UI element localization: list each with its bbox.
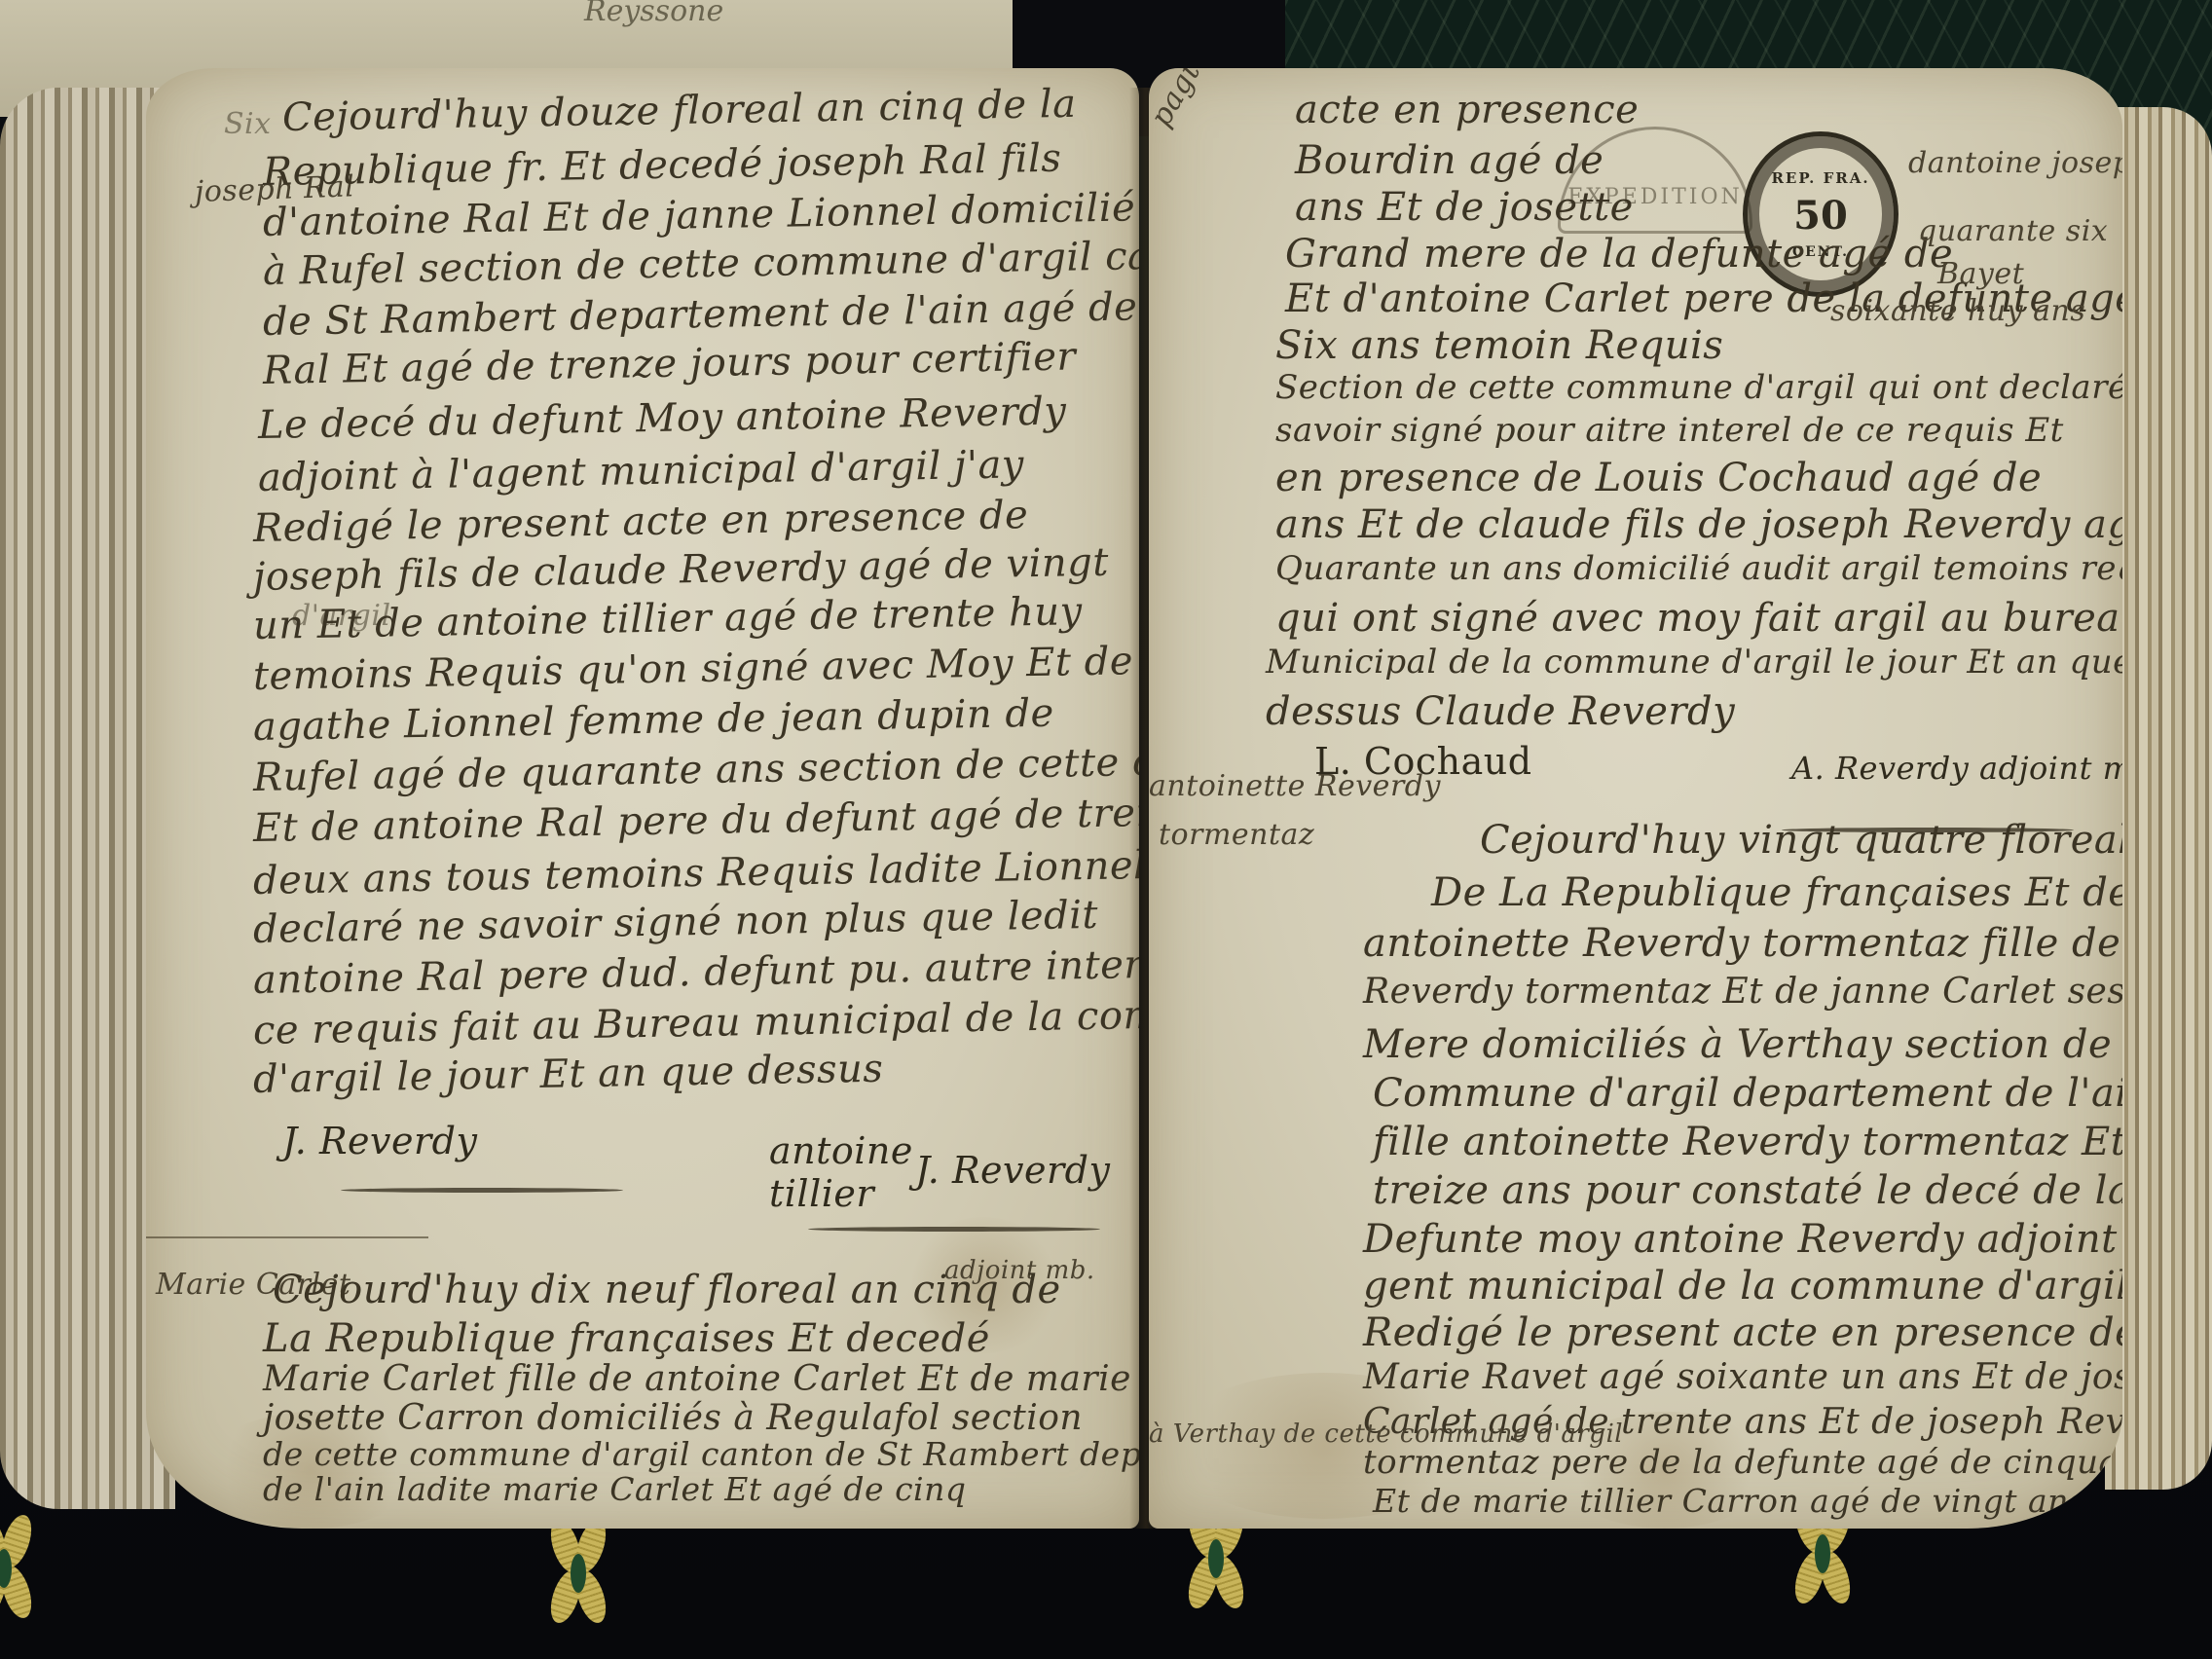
text-line: gent municipal de la commune d'argil j'a… bbox=[1363, 1264, 2122, 1309]
entry-divider bbox=[146, 1236, 428, 1238]
underlying-sheet-text: Reyssone bbox=[584, 0, 723, 28]
text-line: josette Carron domiciliés à Regulafol se… bbox=[263, 1398, 1083, 1438]
text-line: De La Republique françaises Et decedé bbox=[1431, 870, 2122, 915]
text-line: agathe Lionnel femme de jean dupin de bbox=[253, 691, 1054, 750]
text-fragment: soixante huy ans bbox=[1830, 294, 2085, 328]
margin-note: Six bbox=[224, 107, 272, 141]
text-line: ans Et de claude fils de joseph Reverdy … bbox=[1275, 502, 2122, 547]
text-fragment: dantoine joseph bbox=[1908, 146, 2122, 180]
text-line: Six ans temoin Requis bbox=[1275, 323, 1723, 368]
signature-flourish bbox=[341, 1188, 623, 1193]
text-line: tormentaz pere de la defunte agé de cinq… bbox=[1363, 1443, 2122, 1482]
text-line: Et de antoine Ral pere du defunt agé de … bbox=[253, 790, 1139, 851]
text-fragment: Bayet bbox=[1937, 257, 2024, 291]
text-line: Redigé le present acte en presence de bbox=[253, 493, 1029, 551]
text-line: Rufel agé de quarante ans section de cet… bbox=[253, 740, 1139, 800]
text-line: savoir signé pour aitre interel de ce re… bbox=[1275, 411, 2064, 450]
stamp-republic-text: REP. FRA. bbox=[1771, 169, 1869, 187]
text-line: d'argil le jour Et an que dessus bbox=[253, 1047, 884, 1102]
text-line: Republique fr. Et decedé joseph Ral fils bbox=[263, 136, 1062, 195]
text-line: ans Et de josette bbox=[1295, 185, 1634, 230]
margin-note: antoinette Reverdy bbox=[1149, 769, 1441, 803]
text-line: La Republique françaises Et decedé bbox=[263, 1316, 990, 1361]
text-line: Cejourd'huy vingt quatre floreal an cinq bbox=[1480, 818, 2122, 863]
text-line: Mere domiciliés à Verthay section de cet… bbox=[1363, 1022, 2122, 1067]
signature: J. Reverdy bbox=[282, 1120, 477, 1162]
text-line: Defunte moy antoine Reverdy adjoint à l'… bbox=[1363, 1217, 2122, 1262]
text-line: Grand mere de la defunte agé de bbox=[1285, 232, 1953, 276]
text-line: Commune d'argil departement de l'ain lad… bbox=[1373, 1071, 2122, 1116]
text-line: Bourdin agé de bbox=[1295, 138, 1604, 183]
text-line: Redigé le present acte en presence de bbox=[1363, 1310, 2122, 1355]
text-line: antoine Ral pere dud. defunt pu. autre i… bbox=[253, 940, 1139, 1003]
text-line: fille antoinette Reverdy tormentaz Et ag… bbox=[1373, 1120, 2122, 1164]
text-line: Reverdy tormentaz Et de janne Carlet ses… bbox=[1363, 972, 2122, 1012]
signature: A. Reverdy adjoint mb. bbox=[1791, 750, 2122, 787]
text-line: antoinette Reverdy tormentaz fille de jo… bbox=[1363, 921, 2122, 966]
signature-flourish bbox=[808, 1227, 1100, 1232]
text-line: Marie Ravet agé soixante un ans Et de jo… bbox=[1363, 1357, 2122, 1397]
text-line: en presence de Louis Cochaud agé de bbox=[1275, 456, 2042, 500]
text-line: Cejourd'huy dix neuf floreal an cinq de bbox=[273, 1268, 1061, 1312]
text-line: adjoint à l'agent municipal d'argil j'ay bbox=[258, 442, 1025, 500]
text-line: Section de cette commune d'argil qui ont… bbox=[1275, 368, 2122, 407]
text-line: declaré ne savoir signé non plus que led… bbox=[253, 893, 1099, 952]
text-line: Municipal de la commune d'argil le jour … bbox=[1266, 643, 2122, 682]
text-line: qui ont signé avec moy fait argil au bur… bbox=[1275, 596, 2122, 641]
right-page: EXPEDITION REP. FRA. 50 CENT. pagta acte… bbox=[1149, 68, 2122, 1529]
left-page: Six joseph Ral d'argil Cejourd'huy douze… bbox=[146, 68, 1139, 1529]
text-line: Et de marie tillier Carron agé de vingt … bbox=[1373, 1482, 2122, 1520]
text-line: Marie Carlet fille de antoine Carlet Et … bbox=[263, 1359, 1131, 1399]
text-line: temoins Requis qu'on signé avec Moy Et d… bbox=[253, 639, 1134, 699]
signature: antoine tillier bbox=[769, 1129, 905, 1215]
text-fragment: quarante six bbox=[1918, 214, 2108, 248]
margin-note: à Verthay de cette commune d'argil bbox=[1149, 1419, 1623, 1449]
text-line: Quarante un ans domicilié audit argil te… bbox=[1275, 549, 2122, 588]
text-line: dessus Claude Reverdy bbox=[1266, 689, 1735, 734]
signature: J. Reverdy bbox=[915, 1149, 1110, 1192]
text-line: treize ans pour constaté le decé de ladi… bbox=[1373, 1168, 2122, 1213]
text-line: Cejourd'huy douze floreal an cinq de la bbox=[282, 82, 1077, 140]
open-register-book: Six joseph Ral d'argil Cejourd'huy douze… bbox=[0, 49, 2212, 1567]
margin-note: tormentaz bbox=[1159, 818, 1314, 852]
margin-note: pagta bbox=[1149, 68, 1217, 132]
text-line: de l'ain ladite marie Carlet Et agé de c… bbox=[263, 1470, 967, 1508]
text-line: Ral Et agé de trenze jours pour certifie… bbox=[263, 334, 1077, 393]
text-line: de cette commune d'argil canton de St Ra… bbox=[263, 1435, 1139, 1473]
text-line: acte en presence bbox=[1295, 88, 1639, 132]
text-line: Le decé du defunt Moy antoine Reverdy bbox=[258, 389, 1067, 448]
